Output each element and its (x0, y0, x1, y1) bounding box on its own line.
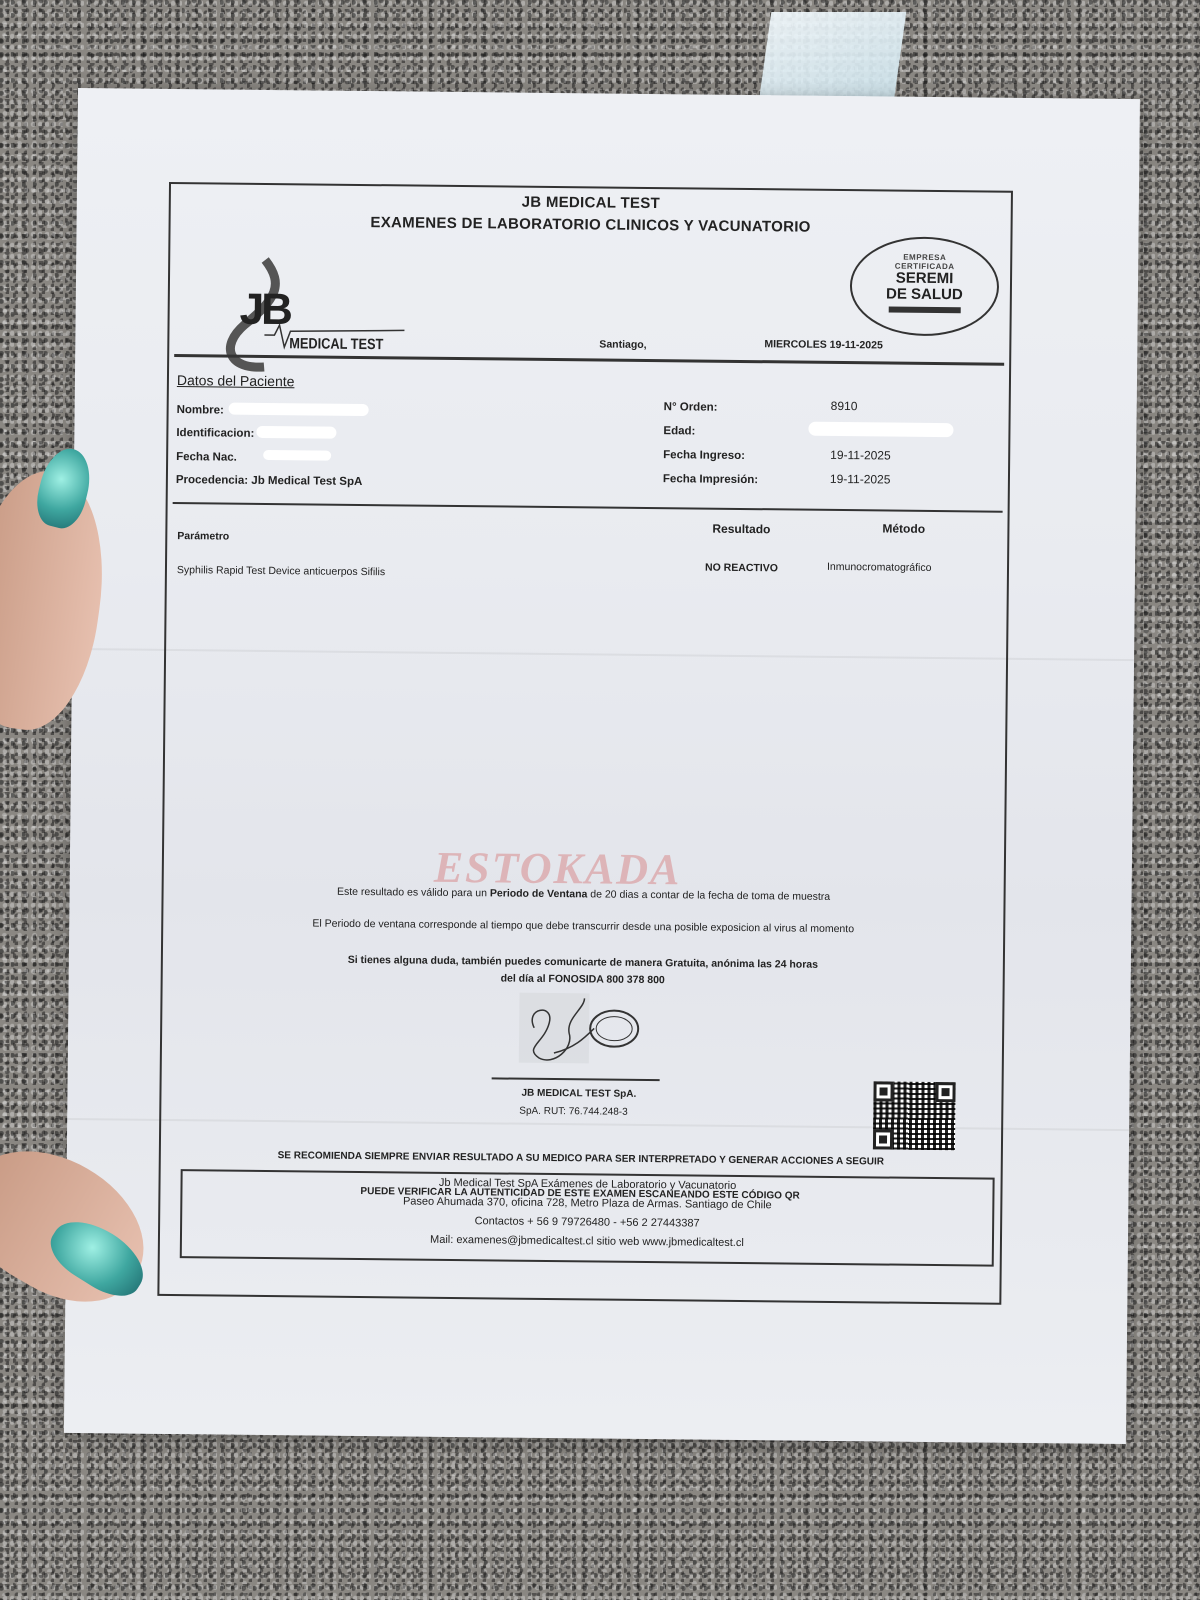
row-parametro: Syphilis Rapid Test Device anticuerpos S… (177, 564, 385, 578)
orden-label: N° Orden: (664, 401, 718, 414)
signature-rut: SpA. RUT: 76.744.248-3 (519, 1106, 628, 1118)
procedencia-value: Jb Medical Test SpA (251, 475, 362, 488)
row-resultado: NO REACTIVO (705, 562, 778, 575)
redacted-fecha-nac (263, 450, 331, 461)
procedencia-label: Procedencia: Jb Medical Test SpA (176, 474, 363, 488)
validity-bold: Periodo de Ventana (490, 887, 588, 900)
help-line-2: del día al FONOSIDA 800 378 800 (163, 969, 1003, 990)
patient-divider (173, 502, 1003, 513)
signature-stamp-icon (514, 988, 645, 1069)
fecha-impresion-label: Fecha Impresión: (663, 473, 758, 486)
row-metodo: Inmunocromatográfico (827, 561, 932, 574)
validity-pre: Este resultado es válido para un (337, 886, 490, 900)
procedencia-label-text: Procedencia: (176, 474, 248, 487)
edad-label: Edad: (663, 425, 695, 437)
window-definition: El Periodo de ventana corresponde al tie… (163, 916, 1003, 937)
fecha-ingreso-label: Fecha Ingreso: (663, 449, 745, 462)
signature-company: JB MEDICAL TEST SpA. (521, 1088, 636, 1100)
logo-jb-text: JB (239, 285, 290, 336)
company-subtitle: EXAMENES DE LABORATORIO CLINICOS Y VACUN… (171, 212, 1011, 238)
redacted-identificacion (256, 426, 336, 439)
identificacion-label: Identificacion: (176, 427, 254, 440)
redacted-edad (808, 422, 953, 438)
logo-medical-test-text: MEDICAL TEST (289, 335, 383, 353)
company-title: JB MEDICAL TEST (171, 190, 1011, 216)
seal-line4: DE SALUD (852, 286, 997, 304)
validity-post: de 20 dias a contar de la fecha de toma … (587, 888, 830, 903)
nombre-label: Nombre: (177, 404, 224, 416)
patient-section-title: Datos del Paciente (177, 372, 295, 389)
signature-line (492, 1077, 660, 1080)
report-date: MIERCOLES 19-11-2025 (764, 338, 883, 351)
verification-qr-code[interactable] (873, 1081, 956, 1150)
redacted-nombre (229, 403, 369, 416)
col-resultado: Resultado (712, 522, 770, 537)
city: Santiago, (599, 338, 646, 350)
light-reflection (759, 12, 907, 102)
lab-report-paper: JB MEDICAL TEST EXAMENES DE LABORATORIO … (64, 88, 1140, 1444)
seal-bar (888, 306, 960, 313)
col-metodo: Método (882, 521, 925, 535)
recommendation: SE RECOMIENDA SIEMPRE ENVIAR RESULTADO A… (161, 1149, 1001, 1169)
fecha-ingreso-value: 19-11-2025 (830, 448, 891, 463)
seremi-certified-seal: EMPRESA CERTIFICADA SEREMI DE SALUD (849, 236, 999, 337)
footer-contact-box: Jb Medical Test SpA Exámenes de Laborato… (180, 1169, 995, 1267)
fecha-impresion-value: 19-11-2025 (830, 472, 891, 487)
fecha-nac-label: Fecha Nac. (176, 451, 237, 464)
orden-value: 8910 (831, 399, 858, 413)
document-frame: JB MEDICAL TEST EXAMENES DE LABORATORIO … (157, 182, 1013, 1305)
col-parametro: Parámetro (177, 530, 229, 543)
